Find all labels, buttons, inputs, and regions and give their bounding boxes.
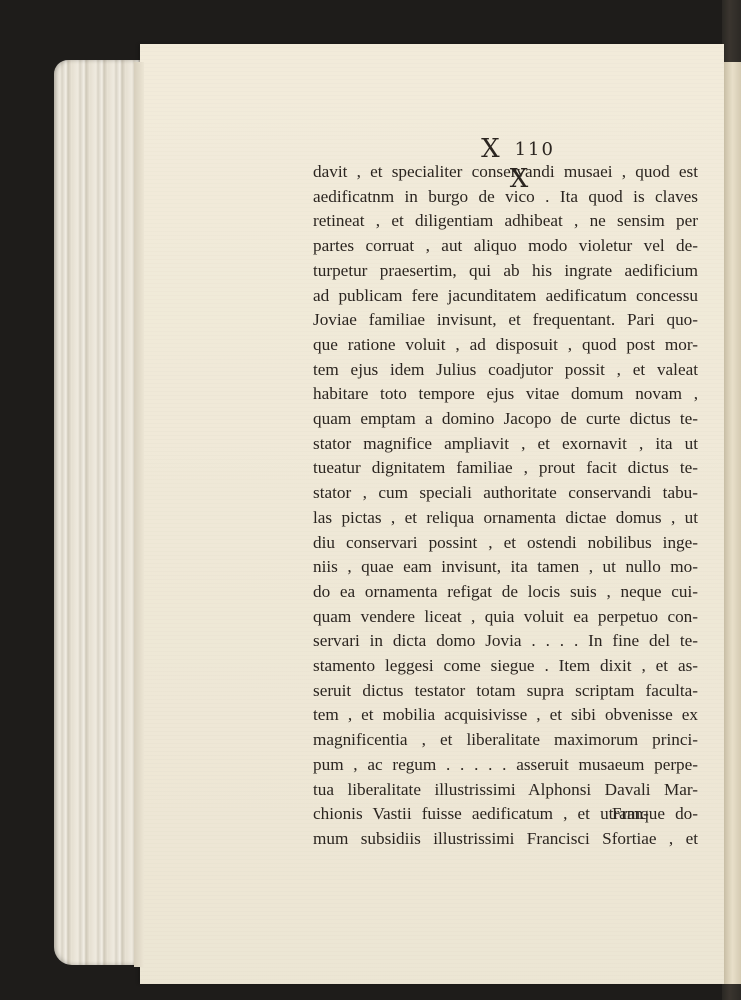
text-line: partes corruat , aut aliquo modo violetu… <box>313 234 698 259</box>
text-line: tua liberalitate illustrissimi Alphonsi … <box>313 778 698 803</box>
text-line: stator magnifice ampliavit , et exornavi… <box>313 432 698 457</box>
text-line: servari in dicta domo Jovia . . . . In f… <box>313 629 698 654</box>
text-line: mum subsidiis illustrissimi Francisci Sf… <box>313 827 698 852</box>
text-line: ad publicam fere jacunditatem aedificatu… <box>313 284 698 309</box>
text-line: pum , ac regum . . . . . asseruit musaeu… <box>313 753 698 778</box>
text-line: do ea ornamenta refigat de locis suis , … <box>313 580 698 605</box>
text-line: quam vendere liceat , quia voluit ea per… <box>313 605 698 630</box>
text-line: stator , cum speciali authoritate conser… <box>313 481 698 506</box>
text-line: Joviae familiae invisunt, et frequentant… <box>313 308 698 333</box>
text-line: diu conservari possint , et ostendi nobi… <box>313 531 698 556</box>
body-text: davit , et specialiter conservandi musae… <box>313 160 698 852</box>
text-line: tem , et mobilia acquisivisse , et sibi … <box>313 703 698 728</box>
catchword: Fran- <box>612 804 649 824</box>
text-line: stamento leggesi come siegue . Item dixi… <box>313 654 698 679</box>
text-line: las pictas , et reliqua ornamenta dictae… <box>313 506 698 531</box>
text-line: tem ejus idem Julius coadjutor possit , … <box>313 358 698 383</box>
text-line: habitare toto tempore ejus vitae domum n… <box>313 382 698 407</box>
text-line: tueatur dignitatem familiae , prout faci… <box>313 456 698 481</box>
text-line: que ratione voluit , ad disposuit , quod… <box>313 333 698 358</box>
text-line: retineat , et diligentiam adhibeat , ne … <box>313 209 698 234</box>
text-line: niis , quae eam invisunt, ita tamen , ut… <box>313 555 698 580</box>
page-number: 110 <box>515 139 555 160</box>
text-line: magnificentia , et liberalitate maximoru… <box>313 728 698 753</box>
text-line: davit , et specialiter conservandi musae… <box>313 160 698 185</box>
text-line: aedificatnm in burgo de vico . Ita quod … <box>313 185 698 210</box>
text-line: quam emptam a domino Jacopo de curte dic… <box>313 407 698 432</box>
text-line: seruit dictus testator totam supra scrip… <box>313 679 698 704</box>
facing-page-edge <box>724 62 741 984</box>
text-line: turpetur praesertim, qui ab his ingrate … <box>313 259 698 284</box>
